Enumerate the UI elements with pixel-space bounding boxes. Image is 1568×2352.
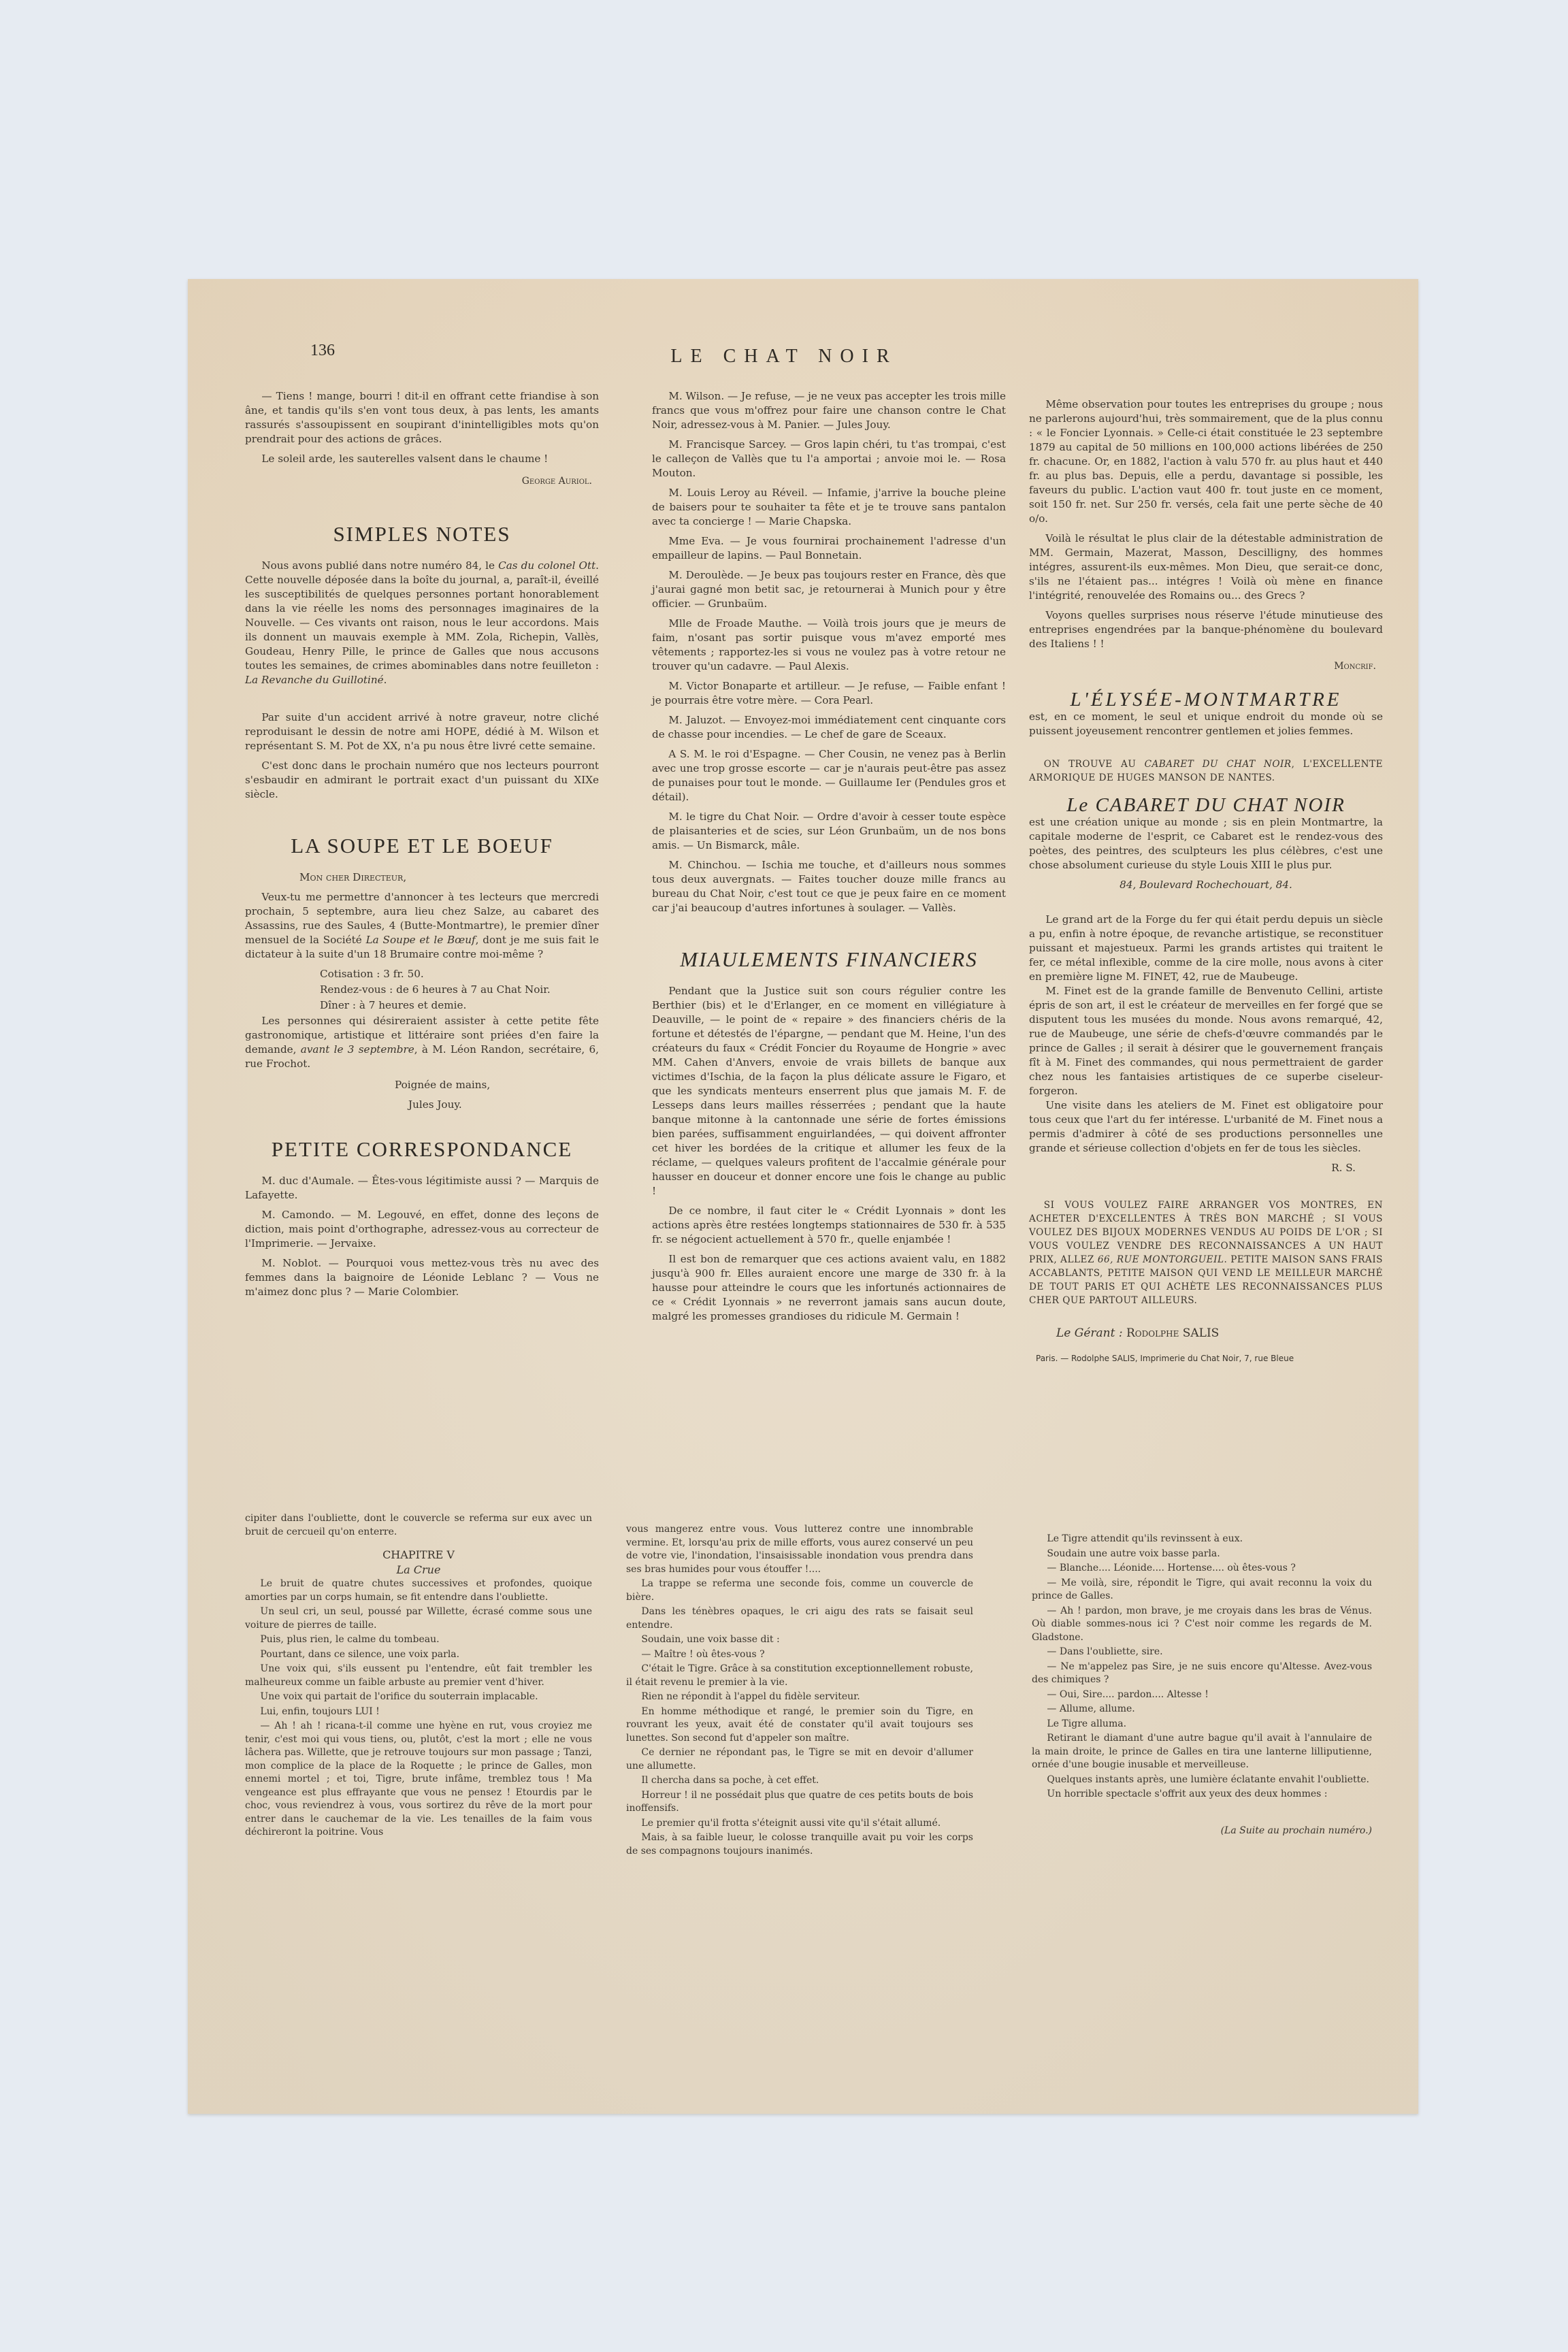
paragraph: Le Tigre alluma. bbox=[1032, 1718, 1372, 1731]
correspondence-item: Mlle de Froade Mauthe. — Voilà trois jou… bbox=[652, 617, 1006, 674]
column-2: M. Wilson. — Je refuse, — je ne veux pas… bbox=[652, 389, 1006, 1329]
paragraph: Le Tigre attendit qu'ils revinssent à eu… bbox=[1032, 1533, 1372, 1546]
signature: Jules Jouy. bbox=[408, 1098, 599, 1112]
paragraph: Dans les ténèbres opaques, le cri aigu d… bbox=[626, 1605, 973, 1632]
paragraph: Voilà le résultat le plus clair de la dé… bbox=[1029, 532, 1383, 603]
paragraph: Un seul cri, un seul, poussé par Willett… bbox=[245, 1605, 592, 1632]
paragraph: — Maître ! où êtes-vous ? bbox=[626, 1648, 973, 1662]
section-title: LA SOUPE ET LE BOEUF bbox=[245, 838, 599, 853]
column-1: — Tiens ! mange, bourri ! dit-il en offr… bbox=[245, 389, 599, 1305]
correspondence-item: Mme Eva. — Je vous fournirai prochaineme… bbox=[652, 534, 1006, 563]
simples-notes-section: SIMPLES NOTES Nous avons publié dans not… bbox=[245, 527, 599, 802]
paragraph: Le premier qu'il frotta s'éteignit aussi… bbox=[626, 1817, 973, 1831]
feuilleton-column-3: Le Tigre attendit qu'ils revinssent à eu… bbox=[1032, 1533, 1372, 1839]
forge-finet-article: Le grand art de la Forge du fer qui étai… bbox=[1029, 913, 1383, 1175]
cabaret-chat-noir-ad: Le CABARET DU CHAT NOIR est une création… bbox=[1029, 798, 1383, 892]
ad-title: L'ÉLYSÉE-MONTMARTRE bbox=[1029, 693, 1383, 707]
paragraph: Rien ne répondit à l'appel du fidèle ser… bbox=[626, 1690, 973, 1704]
correspondence-item: M. le tigre du Chat Noir. — Ordre d'avoi… bbox=[652, 810, 1006, 853]
paragraph: — Tiens ! mange, bourri ! dit-il en offr… bbox=[245, 389, 599, 446]
imprint-line: Paris. — Rodolphe SALIS, Imprimerie du C… bbox=[1036, 1352, 1383, 1366]
closing: Poignée de mains, bbox=[395, 1078, 599, 1092]
chapter-title: La Crue bbox=[245, 1563, 592, 1577]
paragraph: — Dans l'oubliette, sire. bbox=[1032, 1646, 1372, 1659]
paragraph: En homme méthodique et rangé, le premier… bbox=[626, 1705, 973, 1746]
paragraph: Nous avons publié dans notre numéro 84, … bbox=[245, 559, 599, 687]
paragraph: Ce dernier ne répondant pas, le Tigre se… bbox=[626, 1746, 973, 1773]
ad-text: Si vous voulez faire arranger vos montre… bbox=[1029, 1198, 1383, 1307]
intro-excerpt: — Tiens ! mange, bourri ! dit-il en offr… bbox=[245, 389, 599, 489]
paragraph: Pendant que la Justice suit son cours ré… bbox=[652, 984, 1006, 1198]
paragraph: Horreur ! il ne possédait plus que quatr… bbox=[626, 1789, 973, 1816]
paragraph: La trappe se referma une seconde fois, c… bbox=[626, 1578, 973, 1604]
correspondence-item: A S. M. le roi d'Espagne. — Cher Cousin,… bbox=[652, 747, 1006, 804]
paragraph: Un horrible spectacle s'offrit aux yeux … bbox=[1032, 1788, 1372, 1801]
paragraph: C'est donc dans le prochain numéro que n… bbox=[245, 759, 599, 802]
paragraph: Veux-tu me permettre d'annoncer à tes le… bbox=[245, 890, 599, 962]
paragraph: Il est bon de remarquer que ces actions … bbox=[652, 1252, 1006, 1324]
ad-text: est, en ce moment, le seul et unique end… bbox=[1029, 710, 1383, 738]
paragraph: — Me voilà, sire, répondit le Tigre, qui… bbox=[1032, 1577, 1372, 1603]
montres-ad: Si vous voulez faire arranger vos montre… bbox=[1029, 1198, 1383, 1307]
paragraph: Puis, plus rien, le calme du tombeau. bbox=[245, 1633, 592, 1647]
section-title: SIMPLES NOTES bbox=[245, 527, 599, 541]
correspondence-item: M. Wilson. — Je refuse, — je ne veux pas… bbox=[652, 389, 1006, 432]
paragraph: — Ne m'appelez pas Sire, je ne suis enco… bbox=[1032, 1661, 1372, 1687]
paragraph: — Ah ! pardon, mon brave, je me croyais … bbox=[1032, 1605, 1372, 1645]
paragraph: Il chercha dans sa poche, à cet effet. bbox=[626, 1774, 973, 1788]
masthead: LE CHAT NOIR bbox=[0, 346, 1568, 367]
correspondence-item: M. Francisque Sarcey. — Gros lapin chéri… bbox=[652, 438, 1006, 480]
paragraph: Le soleil arde, les sauterelles valsent … bbox=[245, 452, 599, 466]
paragraph: Retirant le diamant d'une autre bague qu… bbox=[1032, 1732, 1372, 1772]
paragraph: M. Finet est de la grande famille de Ben… bbox=[1029, 984, 1383, 1098]
paragraph: Le grand art de la Forge du fer qui étai… bbox=[1029, 913, 1383, 984]
correspondence-item: M. Chinchou. — Ischia me touche, et d'ai… bbox=[652, 858, 1006, 915]
paragraph: cipiter dans l'oubliette, dont le couver… bbox=[245, 1512, 592, 1539]
paragraph: Une visite dans les ateliers de M. Finet… bbox=[1029, 1098, 1383, 1156]
signature: George Auriol. bbox=[245, 474, 592, 489]
paragraph: Une voix qui partait de l'orifice du sou… bbox=[245, 1690, 592, 1704]
chapter-heading: CHAPITRE V bbox=[245, 1548, 592, 1562]
paragraph: Les personnes qui désireraient assister … bbox=[245, 1014, 599, 1071]
ad-text: est une création unique au monde ; sis e… bbox=[1029, 815, 1383, 872]
paragraph: Une voix qui, s'ils eussent pu l'entendr… bbox=[245, 1663, 592, 1689]
paragraph: Même observation pour toutes les entrepr… bbox=[1029, 397, 1383, 526]
paragraph: — Blanche.... Léonide.... Hortense.... o… bbox=[1032, 1562, 1372, 1575]
paragraph: De ce nombre, il faut citer le « Crédit … bbox=[652, 1204, 1006, 1247]
paragraph: C'était le Tigre. Grâce à sa constitutio… bbox=[626, 1663, 973, 1689]
correspondence-item: M. duc d'Aumale. — Êtes-vous légitimiste… bbox=[245, 1174, 599, 1203]
correspondence-item: M. Camondo. — M. Legouvé, en effet, donn… bbox=[245, 1208, 599, 1251]
section-title: PETITE CORRESPONDANCE bbox=[245, 1142, 599, 1156]
paragraph: Par suite d'un accident arrivé à notre g… bbox=[245, 710, 599, 753]
signature: R. S. bbox=[1029, 1161, 1356, 1175]
section-title: MIAULEMENTS FINANCIERS bbox=[652, 952, 1006, 966]
paragraph: Mais, à sa faible lueur, le colosse tran… bbox=[626, 1831, 973, 1858]
signature: Moncrif. bbox=[1029, 659, 1376, 674]
paragraph: Le bruit de quatre chutes successives et… bbox=[245, 1578, 592, 1604]
address: 84, Boulevard Rochechouart, 84. bbox=[1029, 878, 1383, 892]
paragraph: Lui, enfin, toujours LUI ! bbox=[245, 1705, 592, 1719]
paragraph: Voyons quelles surprises nous réserve l'… bbox=[1029, 608, 1383, 651]
paragraph: vous mangerez entre vous. Vous lutterez … bbox=[626, 1523, 973, 1576]
paragraph: — Ah ! ah ! ricana-t-il comme une hyène … bbox=[245, 1720, 592, 1840]
correspondence-item: M. Victor Bonaparte et artilleur. — Je r… bbox=[652, 679, 1006, 708]
event-details: Cotisation : 3 fr. 50. Rendez-vous : de … bbox=[245, 967, 599, 1013]
miaulements-financiers-section: MIAULEMENTS FINANCIERS Pendant que la Ju… bbox=[652, 952, 1006, 1324]
correspondance-continued: M. Wilson. — Je refuse, — je ne veux pas… bbox=[652, 389, 1006, 915]
armorique-ad: ON TROUVE AU CABARET DU CHAT NOIR, L'EXC… bbox=[1029, 757, 1383, 785]
detail-line: Dîner : à 7 heures et demie. bbox=[245, 998, 599, 1013]
petite-correspondance-section: PETITE CORRESPONDANCE M. duc d'Aumale. —… bbox=[245, 1142, 599, 1299]
paragraph: Pourtant, dans ce silence, une voix parl… bbox=[245, 1648, 592, 1662]
gerant-line: Le Gérant : Rodolphe SALIS bbox=[1056, 1326, 1383, 1341]
feuilleton-column-2: vous mangerez entre vous. Vous lutterez … bbox=[626, 1523, 973, 1859]
miaulements-continued: Même observation pour toutes les entrepr… bbox=[1029, 397, 1383, 674]
correspondence-item: M. Jaluzot. — Envoyez-moi immédiatement … bbox=[652, 713, 1006, 742]
elysee-montmartre-ad: L'ÉLYSÉE-MONTMARTRE est, en ce moment, l… bbox=[1029, 693, 1383, 738]
paragraph: Soudain une autre voix basse parla. bbox=[1032, 1548, 1372, 1561]
correspondence-item: M. Noblot. — Pourquoi vous mettez-vous t… bbox=[245, 1256, 599, 1299]
salutation: Mon cher Directeur, bbox=[299, 870, 599, 885]
ad-title: Le CABARET DU CHAT NOIR bbox=[1029, 798, 1383, 813]
correspondence-item: M. Deroulède. — Je beux pas toujours res… bbox=[652, 568, 1006, 611]
correspondence-item: M. Louis Leroy au Réveil. — Infamie, j'a… bbox=[652, 486, 1006, 529]
paragraph: — Allume, allume. bbox=[1032, 1703, 1372, 1716]
detail-line: Cotisation : 3 fr. 50. bbox=[245, 967, 599, 981]
continued-notice: (La Suite au prochain numéro.) bbox=[1032, 1825, 1372, 1838]
paragraph: — Oui, Sire.... pardon.... Altesse ! bbox=[1032, 1688, 1372, 1702]
feuilleton-column-1: cipiter dans l'oubliette, dont le couver… bbox=[245, 1512, 592, 1841]
detail-line: Rendez-vous : de 6 heures à 7 au Chat No… bbox=[245, 983, 599, 997]
paragraph: Quelques instants après, une lumière écl… bbox=[1032, 1774, 1372, 1787]
column-3: Même observation pour toutes les entrepr… bbox=[1029, 397, 1383, 1371]
ad-text: ON TROUVE AU CABARET DU CHAT NOIR, L'EXC… bbox=[1029, 757, 1383, 785]
paragraph: Soudain, une voix basse dit : bbox=[626, 1633, 973, 1647]
soupe-boeuf-section: LA SOUPE ET LE BOEUF Mon cher Directeur,… bbox=[245, 838, 599, 1112]
